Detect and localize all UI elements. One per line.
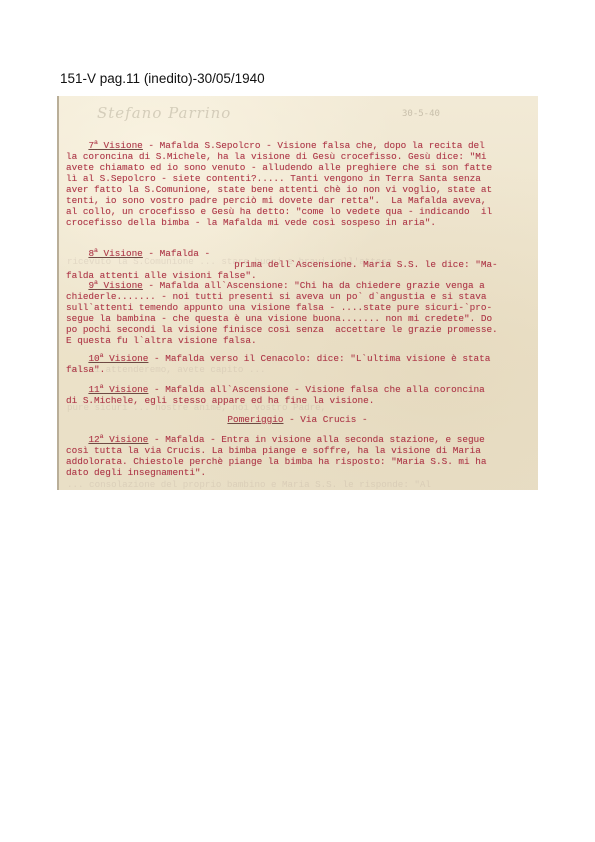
- typewritten-line: segue la bambina - che questa è una visi…: [66, 313, 492, 324]
- typewritten-line: al collo, un crocefisso e Gesù ha detto:…: [66, 206, 492, 217]
- typewritten-line: E questa fu l`altra visione falsa.: [66, 335, 257, 346]
- typewritten-line: 10a Visione - Mafalda verso il Cenacolo:…: [66, 353, 490, 364]
- typewritten-line: lì al S.Sepolcro - siete contenti?..... …: [66, 173, 481, 184]
- vision-heading: 9a Visione: [88, 280, 142, 291]
- scanned-typewritten-page: Stefano Parrino 30-5-40 ricevuto la S.Co…: [57, 96, 538, 490]
- typewritten-line: di S.Michele, egli stesso appare ed ha f…: [66, 395, 374, 406]
- typewritten-line: 11a Visione - Mafalda all`Ascensione - V…: [66, 384, 485, 395]
- typewritten-line: così tutta la via Crucis. La bimba piang…: [66, 445, 481, 456]
- typewritten-line: crocefisso della bimba - la Mafalda mi v…: [66, 217, 436, 228]
- typewritten-line: 8a Visione - Mafalda -: [66, 248, 210, 259]
- typewritten-line: tenti, io sono vostro padre perciò mi do…: [66, 195, 486, 206]
- handwritten-date: 30-5-40: [402, 109, 440, 119]
- typewritten-line: prima dell`Ascensione. Maria S.S. le dic…: [66, 259, 498, 270]
- vision-heading: 11a Visione: [88, 384, 148, 395]
- vision-heading: 7a Visione: [88, 140, 142, 151]
- typewritten-line: chiederle....... - noi tutti presenti si…: [66, 291, 486, 302]
- typewritten-line: falsa".: [66, 364, 105, 375]
- typewritten-line: 7a Visione - Mafalda S.Sepolcro - Vision…: [66, 140, 485, 151]
- bleed-through-text: ... consolazione del proprio bambino e M…: [67, 479, 537, 490]
- bleed-through-text: noi vi attenderemo, avete capito ...: [67, 364, 537, 375]
- document-header: 151-V pag.11 (inedito)-30/05/1940: [60, 71, 265, 86]
- typewritten-line: po pochi secondi la visione finisce così…: [66, 324, 498, 335]
- typewritten-line: sull`attenti temendo appunto una visione…: [66, 302, 492, 313]
- vision-heading: 10a Visione: [88, 353, 148, 364]
- typewritten-line: la coroncina di S.Michele, ha la visione…: [66, 151, 486, 162]
- typewritten-line: 9a Visione - Mafalda all`Ascensione: "Ch…: [66, 280, 485, 291]
- handwritten-note: Stefano Parrino: [97, 104, 231, 122]
- typewritten-line: avete chiamato ed io sono venuto - allud…: [66, 162, 492, 173]
- typewritten-line: addolorata. Chiestole perchè piange la b…: [66, 456, 486, 467]
- vision-heading: 8a Visione: [88, 248, 142, 259]
- vision-heading: 12a Visione: [88, 434, 148, 445]
- typewritten-line: Pomeriggio - Via Crucis -: [57, 414, 538, 425]
- typewritten-line: aver fatto la S.Comunione, state bene at…: [66, 184, 492, 195]
- typewritten-line: dato degli insegnamenti".: [66, 467, 206, 478]
- section-heading: Pomeriggio: [227, 414, 283, 425]
- typewritten-line: 12a Visione - Mafalda - Entra in visione…: [66, 434, 485, 445]
